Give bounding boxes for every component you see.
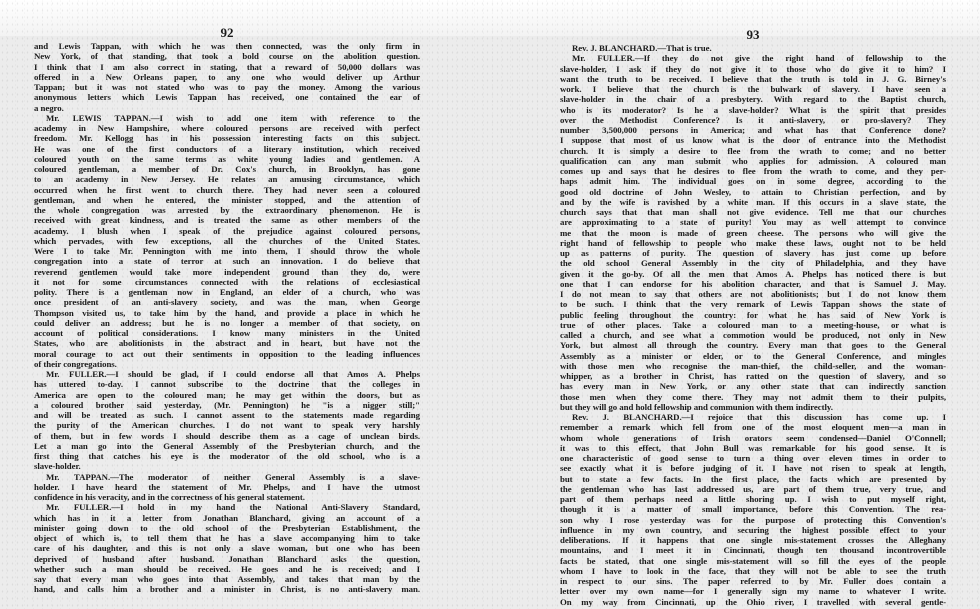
- text-line: Rev. J. BLANCHARD.—That is true.: [560, 43, 946, 53]
- text-line: say that every man who goes into that As…: [34, 574, 420, 584]
- text-line: facts be stated, that one single mis-sta…: [560, 556, 946, 566]
- text-line: the gentleman who has last addressed us,…: [560, 484, 946, 494]
- text-line: York, but almost all through the country…: [560, 340, 946, 350]
- text-line: deliberations. If it happens that one si…: [560, 535, 946, 545]
- text-line: Let a man go into the General Assembly o…: [34, 441, 420, 451]
- text-line: slave-holder in the chair of a presbyter…: [560, 94, 946, 104]
- text-line: with those men who recognise the man-thi…: [560, 361, 946, 371]
- text-line: over the Methodist Conference? Is it ant…: [560, 115, 946, 125]
- text-line: New York, of that standing, that took a …: [34, 51, 420, 61]
- text-line: work. I believe that the church is the b…: [560, 84, 946, 94]
- text-line: occurred when he first went to church th…: [34, 185, 420, 195]
- text-line: I do not mean to say that others are not…: [560, 289, 946, 299]
- text-line: who is its moderator? Is he a slave-hold…: [560, 105, 946, 115]
- text-line: account of political considerations. I k…: [34, 328, 420, 338]
- text-line: confidence in his veracity, and in the c…: [34, 492, 420, 502]
- text-line: Mr. FULLER.—I hold in my hand the Nation…: [34, 502, 420, 512]
- text-line: has every man in New York, or any other …: [560, 381, 946, 391]
- text-line: are approximating to a state of purity! …: [560, 217, 946, 227]
- text-line: the old school General Assembly in the c…: [560, 258, 946, 268]
- text-line: slave-holder, I ask if they do not give …: [560, 64, 946, 74]
- text-line: public feeling throughout the country: f…: [560, 310, 946, 320]
- text-line: holder. I have heard the statement of Mr…: [34, 482, 420, 492]
- text-line: qualification can any man submit who app…: [560, 156, 946, 166]
- text-line: but to state a few facts. In the first p…: [560, 474, 946, 484]
- text-line: me that the moon is made of green cheese…: [560, 228, 946, 238]
- page-number-right: 93: [560, 28, 946, 42]
- text-line: mountains, and I meet it in Cincinnati, …: [560, 545, 946, 555]
- text-line: church says that that man shall not give…: [560, 207, 946, 217]
- text-line: right hand of fellowship to people who m…: [560, 238, 946, 248]
- text-line: see exactly what it is before judging of…: [560, 463, 946, 473]
- text-line: though it is a matter of small importanc…: [560, 504, 946, 514]
- text-line: remember a remark which fell from one of…: [560, 422, 946, 432]
- text-line: Assembly as a minister or elder, or to t…: [560, 351, 946, 361]
- text-line: freedom. Mr. Kellogg has in his possessi…: [34, 133, 420, 143]
- text-line: On my way from Cincinnati, up the Ohio r…: [560, 597, 946, 607]
- text-line: deprived of husband after husband. Jonat…: [34, 554, 420, 564]
- text-line: number 3,500,000 persons in America; and…: [560, 125, 946, 135]
- text-line: and by the wife is ravished by a white m…: [560, 197, 946, 207]
- right-page: 93 Rev. J. BLANCHARD.—That is true.Mr. F…: [560, 28, 946, 607]
- text-line: and Lewis Tappan, with which he was then…: [34, 41, 420, 51]
- text-line: care of his daughter, and this is not on…: [34, 543, 420, 553]
- text-line: to an academy in New Jersey. He relates …: [34, 174, 420, 184]
- text-line: one characteristic of good sense to turn…: [560, 453, 946, 463]
- text-line: coloured gentleman, a member of Dr. Cox'…: [34, 164, 420, 174]
- text-line: moral courage to act out their sentiment…: [34, 349, 420, 359]
- text-line: to be such. I think that the very remark…: [560, 299, 946, 309]
- text-line: slave-holder.: [34, 461, 420, 471]
- text-line: want the truth to be received. I believe…: [560, 74, 946, 84]
- text-line: gentleman, and when he entered, the mini…: [34, 195, 420, 205]
- text-line: whether such a man should be received. H…: [34, 564, 420, 574]
- text-line: of their congregations.: [34, 359, 420, 369]
- text-line: it not for some circumstances connected …: [34, 277, 420, 287]
- text-line: Mr. TAPPAN.—The moderator of neither Gen…: [34, 472, 420, 482]
- text-line: it was to this effect, that John Bull wa…: [560, 443, 946, 453]
- text-line: a coloured brother said yesterday, (Mr. …: [34, 400, 420, 410]
- text-line: called a church, and see what a commotio…: [560, 330, 946, 340]
- text-line: whom whole generations of Irish orators …: [560, 433, 946, 443]
- text-line: a negro.: [34, 103, 420, 113]
- text-line: one that I can endorse for his abolition…: [560, 279, 946, 289]
- text-line: academy. I blush when I speak of the pre…: [34, 226, 420, 236]
- text-line: hand, and calls him a brother and a mini…: [34, 584, 420, 594]
- text-line: I suppose that most of us know what is t…: [560, 135, 946, 145]
- right-page-text: Rev. J. BLANCHARD.—That is true.Mr. FULL…: [560, 43, 946, 607]
- text-line: Mr. FULLER.—I should be glad, if I could…: [34, 369, 420, 379]
- text-line: Mr. LEWIS TAPPAN.—I wish to add one item…: [34, 113, 420, 123]
- text-line: congregation into a state of terror at s…: [34, 256, 420, 266]
- text-line: America are open to the coloured man; he…: [34, 390, 420, 400]
- text-line: Were I to take Mr. Pennington with me in…: [34, 246, 420, 256]
- text-line: given it the go-by. Of all the men that …: [560, 269, 946, 279]
- text-line: Tappan; but it was not stated who was to…: [34, 82, 420, 92]
- text-line: could deliver an address; but he is no l…: [34, 318, 420, 328]
- text-line: received with great kindness, and is tre…: [34, 215, 420, 225]
- text-line: those men when they come there. They may…: [560, 392, 946, 402]
- text-line: and will be treated as such. I cannot as…: [34, 410, 420, 420]
- text-line: reverend gentlemen would take more indep…: [34, 267, 420, 277]
- text-line: anonymous letters which Lewis Tappan has…: [34, 92, 420, 102]
- text-line: coloured youth on the same terms as whit…: [34, 154, 420, 164]
- text-line: I think that I am also correct in statin…: [34, 62, 420, 72]
- text-line: which pervades, with few exceptions, all…: [34, 236, 420, 246]
- text-line: once president of an anti-slavery societ…: [34, 297, 420, 307]
- text-line: haps admit him. The individual goes on i…: [560, 176, 946, 186]
- text-line: whom I have to look in the face, that th…: [560, 566, 946, 576]
- text-line: has uttered to-day. I cannot subscribe t…: [34, 379, 420, 389]
- text-line: the whole congregation was arrested by t…: [34, 205, 420, 215]
- text-line: influence in my own country, and securin…: [560, 525, 946, 535]
- text-line: the purity of the American churches. I d…: [34, 420, 420, 430]
- text-line: good old doctrine of John Wesley, to att…: [560, 187, 946, 197]
- text-line: States, who are abolitionists in the abs…: [34, 338, 420, 348]
- text-line: but they will go and hold fellowship and…: [560, 402, 946, 412]
- text-line: of them, but in few words I should descr…: [34, 431, 420, 441]
- text-line: academy in New Hampshire, where coloured…: [34, 123, 420, 133]
- text-line: up as patterns of purity. The question o…: [560, 248, 946, 258]
- text-line: comes up and says that he desires to fle…: [560, 166, 946, 176]
- text-line: true of other places. Take a coloured ma…: [560, 320, 946, 330]
- text-line: part of them perhaps need a little shori…: [560, 494, 946, 504]
- text-line: Mr. FULLER.—If they do not give the righ…: [560, 53, 946, 63]
- text-line: Rev. J. BLANCHARD.—I rejoice that this d…: [560, 412, 946, 422]
- text-line: letter over my own name—for I generally …: [560, 586, 946, 596]
- text-line: offered in a New Orleans paper, to any o…: [34, 72, 420, 82]
- text-line: whipper, as a brother in Christ, has rat…: [560, 371, 946, 381]
- left-page-text: and Lewis Tappan, with which he was then…: [34, 41, 420, 595]
- page-number-left: 92: [34, 26, 420, 40]
- text-line: object of which is, to tell them that he…: [34, 533, 420, 543]
- text-line: first thing that catches his eye is the …: [34, 451, 420, 461]
- text-line: church. It is simply a desire to flee fr…: [560, 146, 946, 156]
- text-line: polity. There is a gentleman now in Engl…: [34, 287, 420, 297]
- text-line: which has in it a letter from Jonathan B…: [34, 513, 420, 523]
- text-line: He was one of the first conductors of a …: [34, 144, 420, 154]
- text-line: son why I rose yesterday was for the pur…: [560, 515, 946, 525]
- text-line: in respect to our sins. The paper referr…: [560, 576, 946, 586]
- text-line: minister going down to the old school of…: [34, 523, 420, 533]
- left-page: 92 and Lewis Tappan, with which he was t…: [34, 26, 420, 595]
- text-line: Thompson visited us, to take him by the …: [34, 308, 420, 318]
